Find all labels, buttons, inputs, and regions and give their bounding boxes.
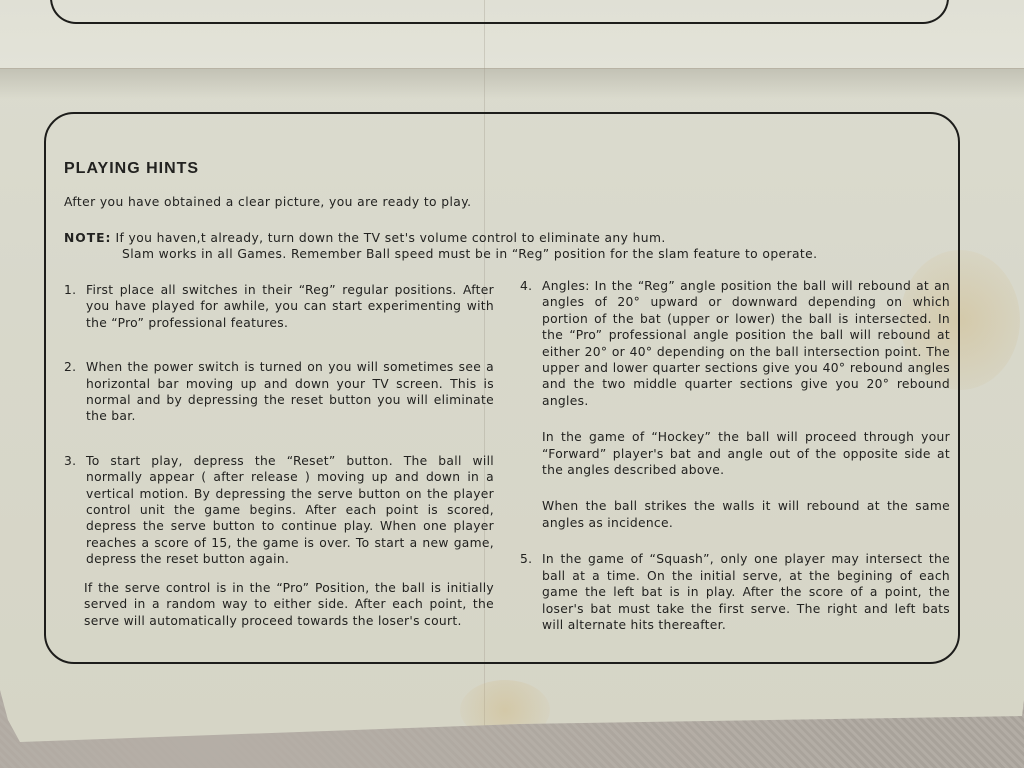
hint-number: 5. <box>520 551 542 633</box>
hint-text: When the power switch is turned on you w… <box>86 359 494 425</box>
hint-item-4: 4. Angles: In the “Reg” angle position t… <box>520 278 950 409</box>
playing-hints-box: PLAYING HINTS After you have obtained a … <box>44 112 960 664</box>
serve-paragraph: If the serve control is in the “Pro” Pos… <box>64 580 494 629</box>
right-column: 4. Angles: In the “Reg” angle position t… <box>520 278 950 661</box>
previous-section-border <box>50 0 949 24</box>
hint-item-2: 2. When the power switch is turned on yo… <box>64 359 494 425</box>
hint-text: To start play, depress the “Reset” butto… <box>86 453 494 568</box>
hint-text: In the game of “Squash”, only one player… <box>542 551 950 633</box>
note-line-2: Slam works in all Games. Remember Ball s… <box>64 246 817 262</box>
hint-item-5: 5. In the game of “Squash”, only one pla… <box>520 551 950 633</box>
hint-number: 2. <box>64 359 86 425</box>
left-column: 1. First place all switches in their “Re… <box>64 282 494 657</box>
hint-text: Angles: In the “Reg” angle position the … <box>542 278 950 409</box>
hint-text: First place all switches in their “Reg” … <box>86 282 494 331</box>
hint-number: 4. <box>520 278 542 409</box>
intro-text: After you have obtained a clear picture,… <box>64 195 471 209</box>
hint-item-3: 3. To start play, depress the “Reset” bu… <box>64 453 494 568</box>
hockey-paragraph: In the game of “Hockey” the ball will pr… <box>520 429 950 478</box>
paper-sheet: PLAYING HINTS After you have obtained a … <box>0 0 1024 745</box>
note-line-1: If you haven,t already, turn down the TV… <box>115 231 665 245</box>
hint-number: 1. <box>64 282 86 331</box>
note-label: NOTE: <box>64 231 111 245</box>
hint-number: 3. <box>64 453 86 568</box>
hint-item-1: 1. First place all switches in their “Re… <box>64 282 494 331</box>
walls-paragraph: When the ball strikes the walls it will … <box>520 498 950 531</box>
section-title: PLAYING HINTS <box>64 160 199 178</box>
fold-shadow <box>0 69 1024 99</box>
note-block: NOTE:If you haven,t already, turn down t… <box>64 230 817 262</box>
